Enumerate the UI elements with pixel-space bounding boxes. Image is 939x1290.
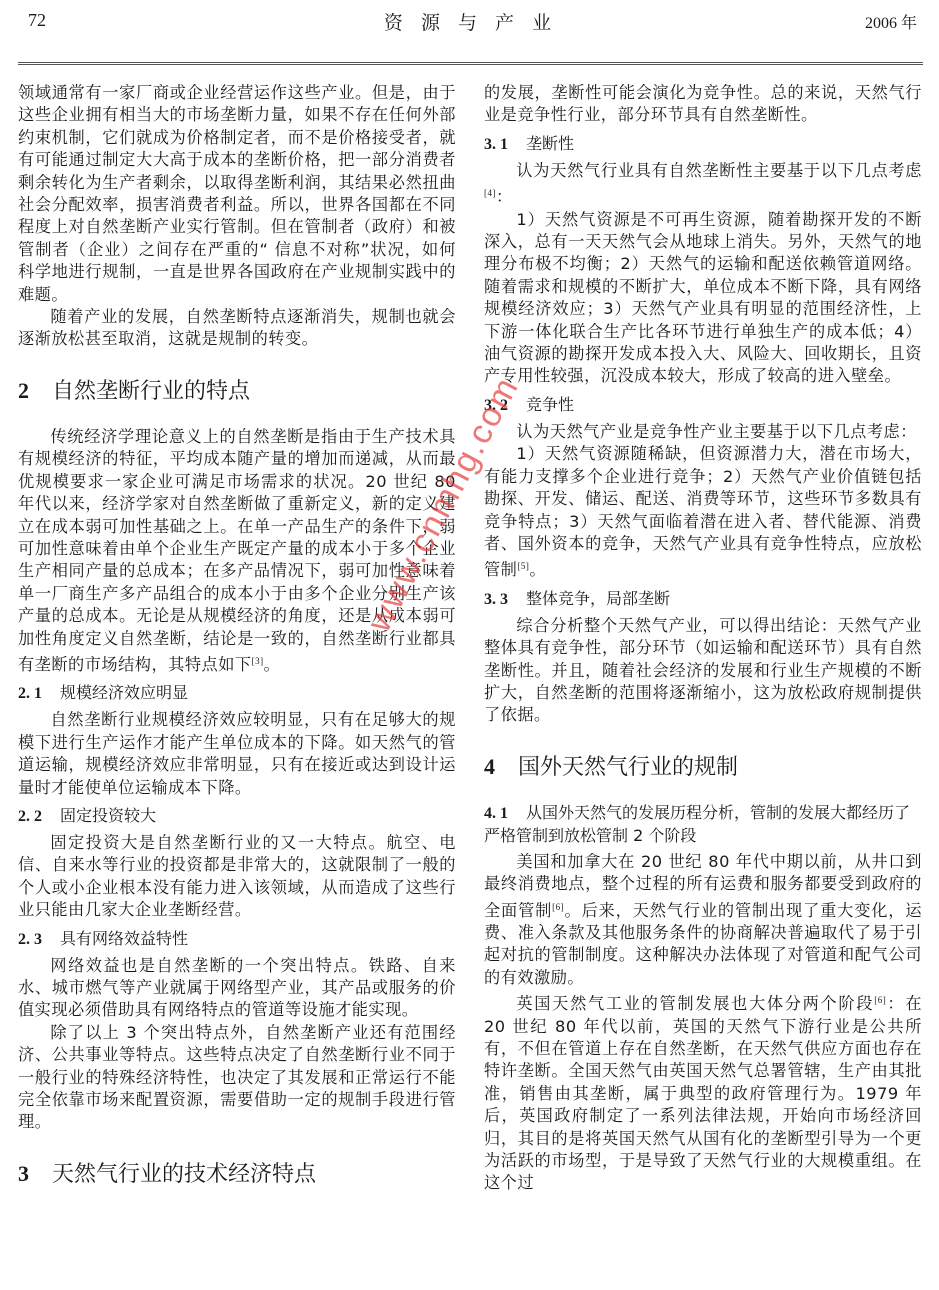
paragraph-text: 英国天然气工业的管制发展也大体分两个阶段 xyxy=(516,994,874,1013)
right-column: 的发展，垄断性可能会演化为竞争性。总的来说，天然气行业是竞争性行业，部分环节具有… xyxy=(484,82,922,1195)
section-heading-2: 2自然垄断行业的特点 xyxy=(18,377,456,406)
paragraph: 固定投资大是自然垄断行业的又一大特点。航空、电信、自来水等行业的投资都是非常大的… xyxy=(18,832,456,922)
section-number: 2 xyxy=(18,377,52,405)
paragraph: 美国和加拿大在 20 世纪 80 年代中期以前，从井口到最终消费地点，整个过程的… xyxy=(484,851,922,989)
journal-title: 资 源 与 产 业 xyxy=(18,8,923,35)
paragraph: 随着产业的发展，自然垄断特点逐渐消失，规制也就会逐渐放松甚至取消，这就是规制的转… xyxy=(18,306,456,351)
left-column: 领域通常有一家厂商或企业经营运作这些产业。但是，由于这些企业拥有相当大的市场垄断… xyxy=(18,82,456,1209)
paragraph-text: ：在 20 世纪 80 年代以前，英国的天然气下游行业是公共所有，不但在管道上存… xyxy=(484,994,922,1192)
subsection-number: 2. 3 xyxy=(18,929,60,951)
issue-year: 2006 年 xyxy=(865,10,917,33)
punctuation: 。 xyxy=(264,655,281,674)
paragraph-text: 认为天然气行业具有自然垄断性主要基于以下几点考虑 xyxy=(516,161,922,180)
paragraph: 综合分析整个天然气产业，可以得出结论：天然气产业整体具有竞争性，部分环节（如运输… xyxy=(484,615,922,727)
citation[interactable]: [6] xyxy=(552,902,564,912)
citation[interactable]: [4] xyxy=(484,188,496,198)
paragraph-text: 1）天然气资源随稀缺，但资源潜力大，潜在市场大，有能力支撑多个企业进行竞争；2）… xyxy=(484,444,922,579)
paragraph: 1）天然气资源随稀缺，但资源潜力大，潜在市场大，有能力支撑多个企业进行竞争；2）… xyxy=(484,443,922,581)
subsection-number: 3. 2 xyxy=(484,395,526,417)
subsection-number: 3. 1 xyxy=(484,134,526,156)
subsection-heading-4-1: 4. 1从国外天然气的发展历程分析，管制的发展大都经历了严格管制到放松管制 2 … xyxy=(484,802,922,847)
section-title: 自然垄断行业的特点 xyxy=(52,379,250,404)
subsection-title: 固定投资较大 xyxy=(60,806,156,825)
subsection-title: 垄断性 xyxy=(526,134,574,153)
subsection-heading-3-1: 3. 1垄断性 xyxy=(484,133,922,156)
punctuation: 。 xyxy=(529,560,546,579)
subsection-heading-3-2: 3. 2竞争性 xyxy=(484,394,922,417)
paragraph: 认为天然气行业具有自然垄断性主要基于以下几点考虑[4]： xyxy=(484,160,922,209)
section-title: 天然气行业的技术经济特点 xyxy=(52,1162,316,1187)
paragraph-text: 传统经济学理论意义上的自然垄断是指由于生产技术具有规模经济的特征，平均成本随产量… xyxy=(18,427,456,674)
section-heading-3: 3天然气行业的技术经济特点 xyxy=(18,1160,456,1189)
section-number: 4 xyxy=(484,753,518,781)
paragraph: 的发展，垄断性可能会演化为竞争性。总的来说，天然气行业是竞争性行业，部分环节具有… xyxy=(484,82,922,127)
citation[interactable]: [5] xyxy=(517,561,529,571)
subsection-number: 2. 1 xyxy=(18,683,60,705)
paragraph: 英国天然气工业的管制发展也大体分两个阶段[6]：在 20 世纪 80 年代以前，… xyxy=(484,989,922,1195)
subsection-title: 规模经济效应明显 xyxy=(60,683,188,702)
citation[interactable]: [6] xyxy=(874,995,886,1005)
subsection-heading-2-2: 2. 2固定投资较大 xyxy=(18,805,456,828)
subsection-heading-2-3: 2. 3具有网络效益特性 xyxy=(18,928,456,951)
paragraph: 自然垄断行业规模经济效应较明显，只有在足够大的规模下进行生产运作才能产生单位成本… xyxy=(18,709,456,799)
section-heading-4: 4国外天然气行业的规制 xyxy=(484,753,922,782)
subsection-title: 整体竞争，局部垄断 xyxy=(526,589,670,608)
punctuation: ： xyxy=(496,187,513,206)
subsection-number: 4. 1 xyxy=(484,803,526,825)
paragraph: 领域通常有一家厂商或企业经营运作这些产业。但是，由于这些企业拥有相当大的市场垄断… xyxy=(18,82,456,306)
subsection-title: 竞争性 xyxy=(526,395,574,414)
paragraph: 认为天然气产业是竞争性产业主要基于以下几点考虑： xyxy=(484,421,922,443)
subsection-number: 2. 2 xyxy=(18,806,60,828)
subsection-heading-3-3: 3. 3整体竞争，局部垄断 xyxy=(484,588,922,611)
running-header: 72 资 源 与 产 业 2006 年 xyxy=(18,0,923,65)
paragraph: 传统经济学理论意义上的自然垄断是指由于生产技术具有规模经济的特征，平均成本随产量… xyxy=(18,426,456,676)
paragraph: 1）天然气资源是不可再生资源，随着勘探开发的不断深入，总有一天天然气会从地球上消… xyxy=(484,209,922,388)
paragraph: 除了以上 3 个突出特点外，自然垄断产业还有范围经济、公共事业等特点。这些特点决… xyxy=(18,1022,456,1134)
citation[interactable]: [3] xyxy=(252,656,264,666)
subsection-number: 3. 3 xyxy=(484,589,526,611)
subsection-title: 从国外天然气的发展历程分析，管制的发展大都经历了严格管制到放松管制 2 个阶段 xyxy=(484,803,910,845)
subsection-title: 具有网络效益特性 xyxy=(60,929,188,948)
section-number: 3 xyxy=(18,1160,52,1188)
subsection-heading-2-1: 2. 1规模经济效应明显 xyxy=(18,682,456,705)
paragraph: 网络效益也是自然垄断的一个突出特点。铁路、自来水、城市燃气等产业就属于网络型产业… xyxy=(18,955,456,1022)
section-title: 国外天然气行业的规制 xyxy=(518,755,738,780)
